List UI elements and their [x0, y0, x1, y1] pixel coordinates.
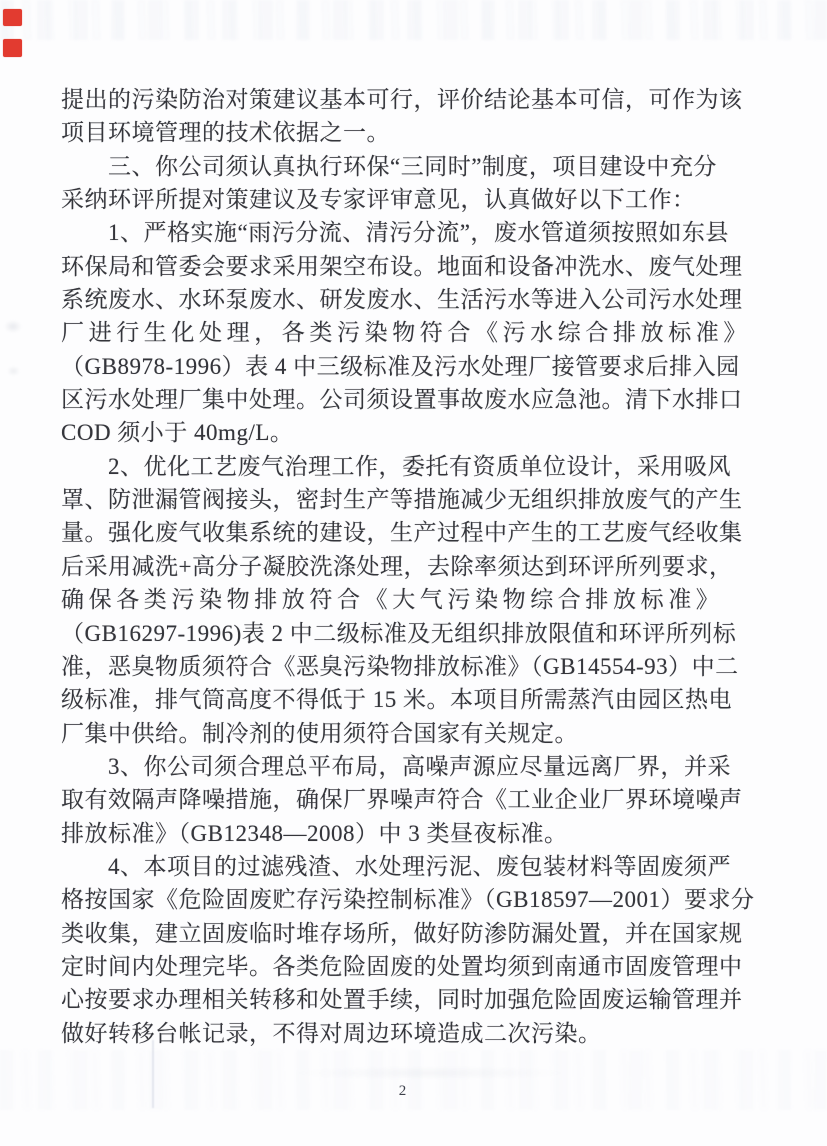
text-line: 系统废水、水环泵废水、研发废水、生活污水等进入公司污水处理	[61, 283, 767, 316]
text-line: 定时间内处理完毕。各类危险固废的处置均须到南通市固废管理中	[61, 950, 767, 983]
red-stamp-mark	[3, 39, 22, 57]
text-line: 项目环境管理的技术依据之一。	[61, 116, 767, 149]
text-line: 提出的污染防治对策建议基本可行，评价结论基本可信，可作为该	[61, 83, 767, 116]
text-line: 4、本项目的过滤残渣、水处理污泥、废包装材料等固废须严	[61, 850, 767, 883]
text-line: 1、严格实施“雨污分流、清污分流”，废水管道须按照如东县	[61, 216, 767, 249]
text-line: （GB8978-1996）表 4 中三级标准及污水处理厂接管要求后排入园	[61, 350, 767, 383]
scan-smudge	[290, 1066, 570, 1080]
text-line: 罩、防泄漏管阀接头，密封生产等措施减少无组织排放废气的产生	[61, 483, 767, 516]
scanner-noise-bottom	[0, 1050, 827, 1110]
red-stamp-mark	[3, 9, 22, 26]
text-line: 心按要求办理相关转移和处置手续，同时加强危险固废运输管理并	[61, 983, 767, 1016]
text-line: （GB16297-1996)表 2 中二级标准及无组织排放限值和环评所列标	[61, 617, 767, 650]
text-line: 格按国家《危险固废贮存污染控制标准》（GB18597—2001）要求分	[61, 883, 767, 916]
text-line: 后采用减洗+高分子凝胶洗涤处理，去除率须达到环评所列要求，	[61, 550, 767, 583]
scan-smudge	[7, 366, 20, 376]
scanned-document-page: 提出的污染防治对策建议基本可行，评价结论基本可信，可作为该 项目环境管理的技术依…	[0, 0, 827, 1146]
text-line: 准，恶臭物质须符合《恶臭污染物排放标准》（GB14554-93）中二	[61, 650, 767, 683]
text-line: 量。强化废气收集系统的建设，生产过程中产生的工艺废气经收集	[61, 516, 767, 549]
text-line: 级标准，排气筒高度不得低于 15 米。本项目所需蒸汽由园区热电	[61, 683, 767, 716]
scan-smudge	[4, 320, 22, 333]
text-line: 环保局和管委会要求采用架空布设。地面和设备冲洗水、废气处理	[61, 250, 767, 283]
text-line: 2、优化工艺废气治理工作，委托有资质单位设计，采用吸风	[61, 450, 767, 483]
text-line: 类收集，建立固废临时堆存场所，做好防渗防漏处置，并在国家规	[61, 917, 767, 950]
text-line: 排放标准》（GB12348—2008）中 3 类昼夜标准。	[61, 817, 767, 850]
text-line: 区污水处理厂集中处理。公司须设置事故废水应急池。清下水排口	[61, 383, 767, 416]
text-line: 做好转移台帐记录，不得对周边环境造成二次污染。	[61, 1017, 767, 1050]
text-line: COD 须小于 40mg/L。	[61, 416, 767, 449]
text-line: 厂集中供给。制冷剂的使用须符合国家有关规定。	[61, 717, 767, 750]
text-line: 三、你公司须认真执行环保“三同时”制度，项目建设中充分	[61, 150, 767, 183]
document-body: 提出的污染防治对策建议基本可行，评价结论基本可信，可作为该 项目环境管理的技术依…	[61, 83, 767, 1050]
text-line: 采纳环评所提对策建议及专家评审意见，认真做好以下工作：	[61, 183, 767, 216]
text-line: 确保各类污染物排放符合《大气污染物综合排放标准》	[61, 583, 767, 616]
text-line: 厂进行生化处理，各类污染物符合《污水综合排放标准》	[61, 316, 767, 349]
page-number: 2	[0, 1083, 806, 1100]
scanner-noise-top	[0, 0, 827, 40]
text-line: 3、你公司须合理总平布局，高噪声源应尽量远离厂界，并采	[61, 750, 767, 783]
text-line: 取有效隔声降噪措施，确保厂界噪声符合《工业企业厂界环境噪声	[61, 783, 767, 816]
